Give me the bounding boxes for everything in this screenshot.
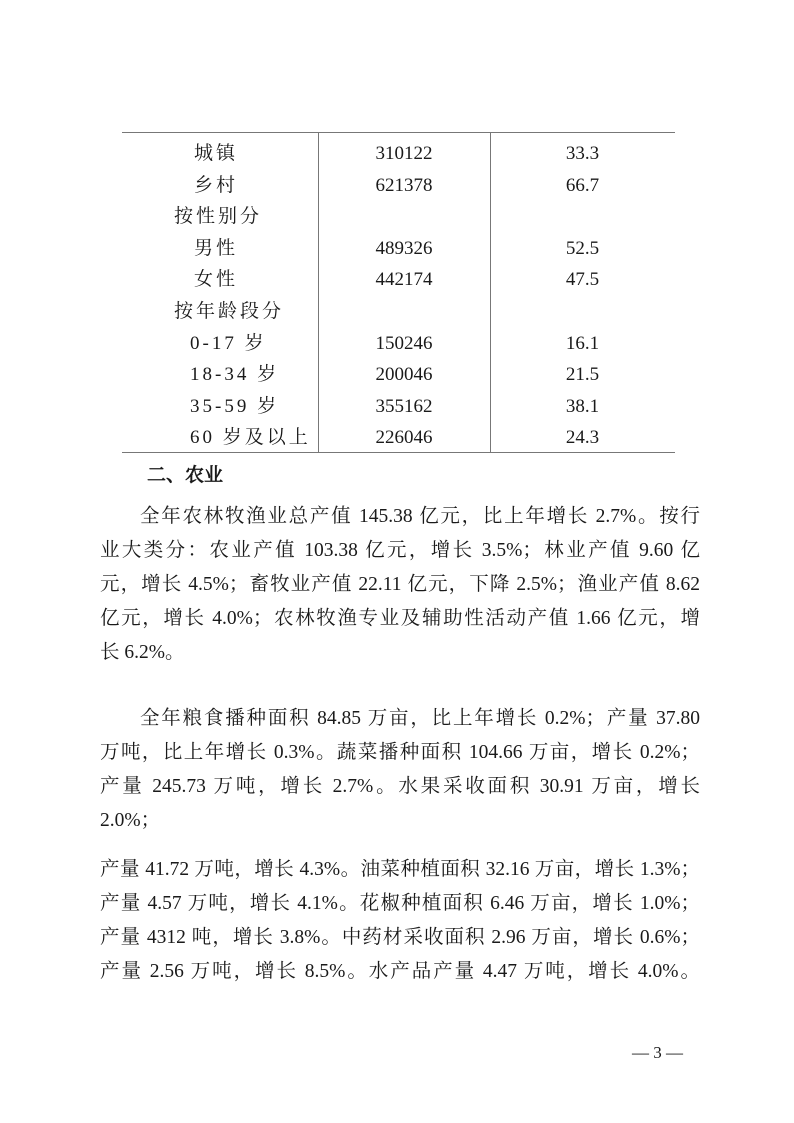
row-count: 355162 (318, 391, 490, 423)
paragraph-agri-output: 全年农林牧渔业总产值 145.38 亿元，比上年增长 2.7%。按行业大类分：农… (100, 500, 700, 670)
row-percent: 33.3 (490, 138, 675, 170)
text-line: 产量 2.56 万吨，增长 8.5%。水产品产量 4.47 万吨，增长 4.0%… (100, 955, 700, 989)
table-row: 按性别分 (122, 201, 675, 233)
row-count: 442174 (318, 264, 490, 296)
text-line: 全年粮食播种面积 84.85 万亩，比上年增长 0.2%；产量 37.80 (100, 702, 700, 736)
table-row: 女性44217447.5 (122, 264, 675, 296)
text-line: 产量 4312 吨，增长 3.8%。中药材采收面积 2.96 万亩，增长 0.6… (100, 921, 700, 955)
row-count: 310122 (318, 138, 490, 170)
row-count: 621378 (318, 170, 490, 202)
section-heading: 二、农业 (147, 460, 223, 490)
paragraph-crop-output: 产量 41.72 万吨，增长 4.3%。油菜种植面积 32.16 万亩，增长 1… (100, 853, 700, 989)
row-label: 按性别分 (122, 201, 370, 233)
page-number: — 3 — (632, 1043, 683, 1063)
row-label: 按年龄段分 (122, 296, 370, 328)
table-row: 乡村62137866.7 (122, 170, 675, 202)
row-percent: 52.5 (490, 233, 675, 265)
text-line: 元，增长 4.5%；畜牧业产值 22.11 亿元，下降 2.5%；渔业产值 8.… (100, 568, 700, 602)
text-line: 亿元，增长 4.0%；农林牧渔专业及辅助性活动产值 1.66 亿元，增 (100, 602, 700, 636)
table-row: 0-17 岁15024616.1 (122, 328, 675, 360)
table-row: 男性48932652.5 (122, 233, 675, 265)
row-percent: 66.7 (490, 170, 675, 202)
text-line: 全年农林牧渔业总产值 145.38 亿元，比上年增长 2.7%。按行 (100, 500, 700, 534)
text-line: 产量 4.57 万吨，增长 4.1%。花椒种植面积 6.46 万亩，增长 1.0… (100, 887, 700, 921)
row-count: 150246 (318, 328, 490, 360)
text-line: 长 6.2%。 (100, 636, 700, 670)
row-count: 226046 (318, 422, 490, 454)
table-row: 按年龄段分 (122, 296, 675, 328)
text-line: 产量 41.72 万吨，增长 4.3%。油菜种植面积 32.16 万亩，增长 1… (100, 853, 700, 887)
row-percent: 47.5 (490, 264, 675, 296)
row-percent: 21.5 (490, 359, 675, 391)
row-count: 200046 (318, 359, 490, 391)
text-line: 产量 245.73 万吨，增长 2.7%。水果采收面积 30.91 万亩，增长 (100, 770, 700, 804)
text-line: 万吨，比上年增长 0.3%。蔬菜播种面积 104.66 万亩，增长 0.2%； (100, 736, 700, 770)
row-percent: 16.1 (490, 328, 675, 360)
population-table: 城镇31012233.3乡村62137866.7按性别分男性48932652.5… (122, 132, 675, 453)
table-row: 城镇31012233.3 (122, 138, 675, 170)
text-line: 业大类分：农业产值 103.38 亿元，增长 3.5%；林业产值 9.60 亿 (100, 534, 700, 568)
row-count: 489326 (318, 233, 490, 265)
row-percent: 38.1 (490, 391, 675, 423)
table-row: 60 岁及以上22604624.3 (122, 422, 675, 454)
table-row: 35-59 岁35516238.1 (122, 391, 675, 423)
table-row: 18-34 岁20004621.5 (122, 359, 675, 391)
row-percent: 24.3 (490, 422, 675, 454)
paragraph-crop-area: 全年粮食播种面积 84.85 万亩，比上年增长 0.2%；产量 37.80万吨，… (100, 702, 700, 838)
text-line: 2.0%； (100, 804, 700, 838)
